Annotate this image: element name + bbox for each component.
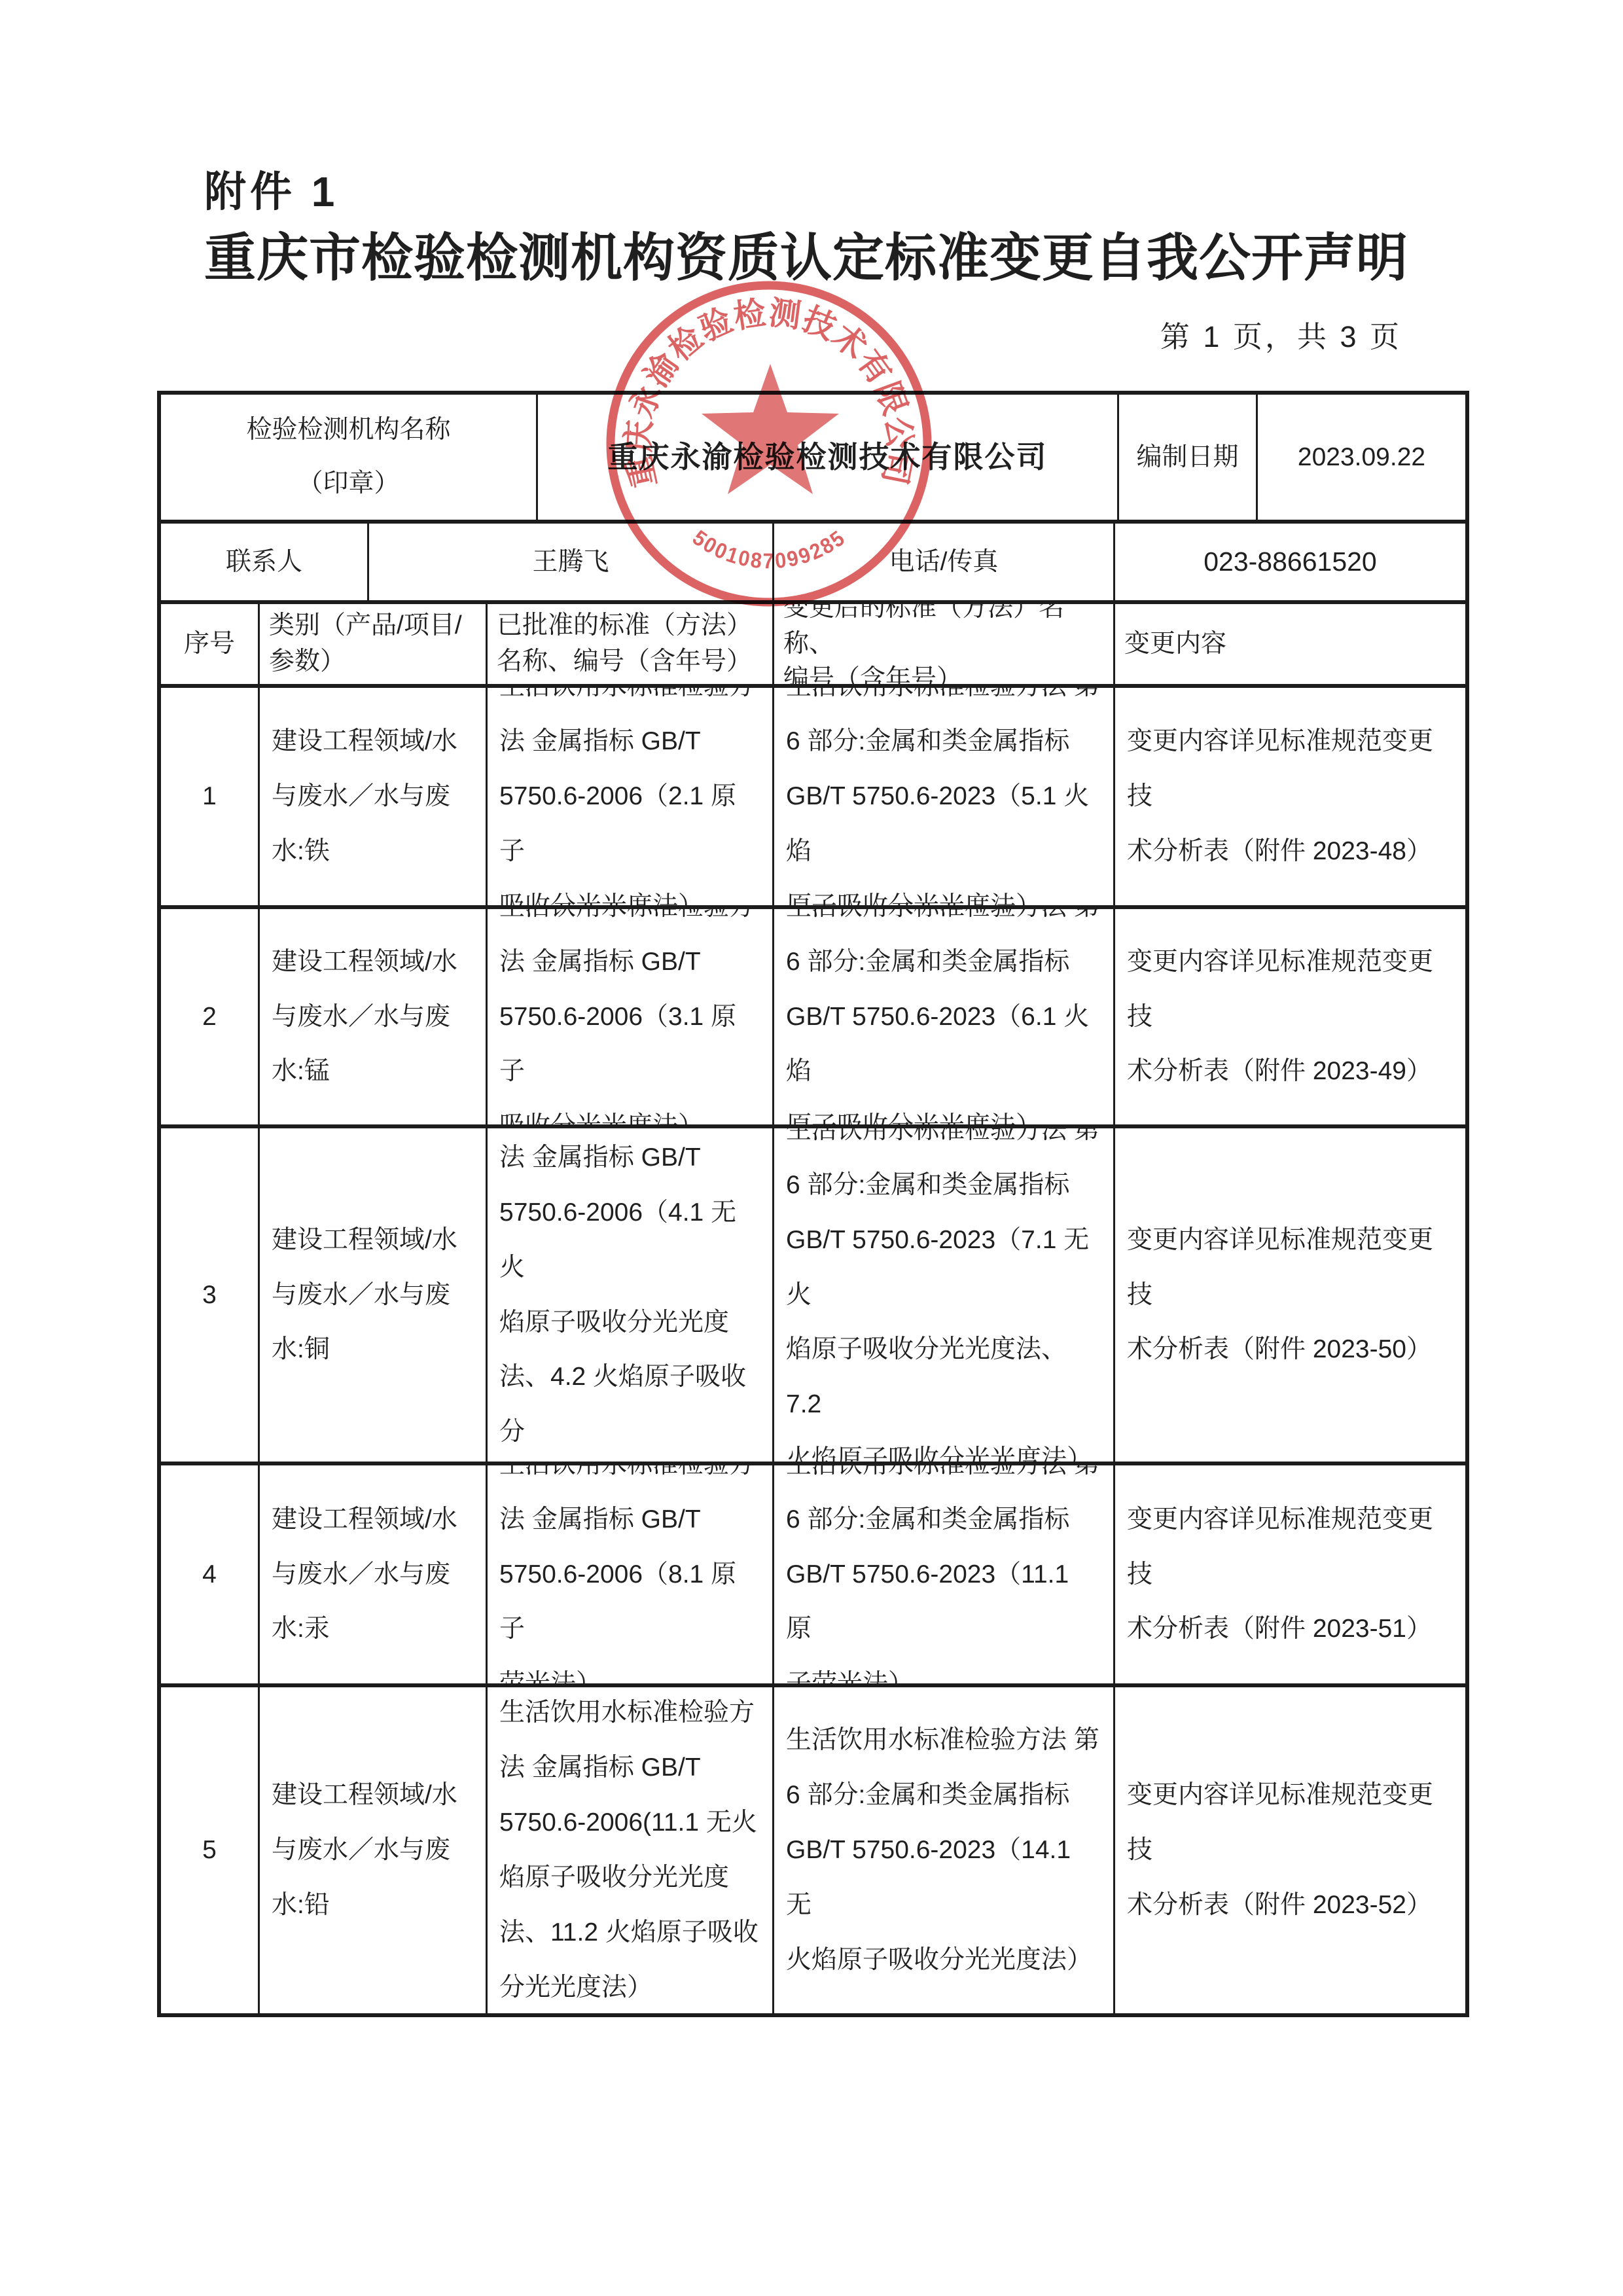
table-row: 2 建设工程领域/水 与废水／水与废 水:锰 生活饮用水标准检验方 法 金属指标… <box>161 909 1465 1128</box>
date-value: 2023.09.22 <box>1258 395 1465 520</box>
table-row: 4 建设工程领域/水 与废水／水与废 水:汞 生活饮用水标准检验方 法 金属指标… <box>161 1465 1465 1687</box>
org-name-value: 重庆永渝检验检测技术有限公司 <box>538 395 1119 520</box>
row-changed-standard: 生活饮用水标准检验方法 第 6 部分:金属和类金属指标 GB/T 5750.6-… <box>774 688 1115 905</box>
row-approved-standard: 生活饮用水标准检验方 法 金属指标 GB/T 5750.6-2006(11.1 … <box>488 1687 774 2013</box>
contact-value: 王腾飞 <box>369 524 774 600</box>
table-row: 1 建设工程领域/水 与废水／水与废 水:铁 生活饮用水标准检验方 法 金属指标… <box>161 688 1465 909</box>
phone-value: 023-88661520 <box>1115 524 1465 600</box>
header-no: 序号 <box>161 604 260 684</box>
attachment-label: 附件 1 <box>204 158 338 219</box>
row-change-content: 变更内容详见标准规范变更技 术分析表（附件 2023-49） <box>1115 909 1465 1124</box>
row-no: 1 <box>161 688 260 905</box>
date-label: 编制日期 <box>1119 395 1258 520</box>
row-change-content: 变更内容详见标准规范变更技 术分析表（附件 2023-50） <box>1115 1128 1465 1462</box>
row-approved-standard: 生活饮用水标准检验方 法 金属指标 GB/T 5750.6-2006（2.1 原… <box>488 688 774 905</box>
row-category: 建设工程领域/水 与废水／水与废 水:铁 <box>260 688 488 905</box>
table-header-row: 序号 类别（产品/项目/ 参数） 已批准的标准（方法） 名称、编号（含年号） 变… <box>161 604 1465 688</box>
row-no: 5 <box>161 1687 260 2013</box>
header-changed-standard: 变更后的标准（方法）名称、 编号（含年号） <box>774 604 1115 684</box>
contact-label: 联系人 <box>161 524 369 600</box>
row-approved-standard: 生活饮用水标准检验方 法 金属指标 GB/T 5750.6-2006（8.1 原… <box>488 1465 774 1683</box>
row-change-content: 变更内容详见标准规范变更技 术分析表（附件 2023-51） <box>1115 1465 1465 1683</box>
declaration-table: 检验检测机构名称 （印章） 重庆永渝检验检测技术有限公司 编制日期 2023.0… <box>157 391 1469 2017</box>
row-no: 3 <box>161 1128 260 1462</box>
row-category: 建设工程领域/水 与废水／水与废 水:铜 <box>260 1128 488 1462</box>
row-category: 建设工程领域/水 与废水／水与废 水:铅 <box>260 1687 488 2013</box>
header-change-content: 变更内容 <box>1115 604 1465 684</box>
row-no: 2 <box>161 909 260 1124</box>
row-changed-standard: 生活饮用水标准检验方法 第 6 部分:金属和类金属指标 GB/T 5750.6-… <box>774 1687 1115 2013</box>
row-change-content: 变更内容详见标准规范变更技 术分析表（附件 2023-52） <box>1115 1687 1465 2013</box>
row-changed-standard: 生活饮用水标准检验方法 第 6 部分:金属和类金属指标 GB/T 5750.6-… <box>774 909 1115 1124</box>
org-seal-label: （印章） <box>297 467 399 501</box>
row-category: 建设工程领域/水 与废水／水与废 水:汞 <box>260 1465 488 1683</box>
phone-label: 电话/传真 <box>774 524 1115 600</box>
org-name-label: 检验检测机构名称 <box>246 414 450 447</box>
header-approved-standard: 已批准的标准（方法） 名称、编号（含年号） <box>488 604 774 684</box>
document-page: 附件 1 重庆市检验检测机构资质认定标准变更自我公开声明 第 1 页，共 3 页… <box>0 0 1623 2296</box>
table-row: 3 建设工程领域/水 与废水／水与废 水:铜 生活饮用水标准检验方 法 金属指标… <box>161 1128 1465 1465</box>
header-category: 类别（产品/项目/ 参数） <box>260 604 488 684</box>
page-indicator: 第 1 页，共 3 页 <box>1160 313 1402 355</box>
contact-info-row: 联系人 王腾飞 电话/传真 023-88661520 <box>161 524 1465 604</box>
row-approved-standard: 生活饮用水标准检验方 法 金属指标 GB/T 5750.6-2006（4.1 无… <box>488 1128 774 1462</box>
row-approved-standard: 生活饮用水标准检验方 法 金属指标 GB/T 5750.6-2006（3.1 原… <box>488 909 774 1124</box>
row-category: 建设工程领域/水 与废水／水与废 水:锰 <box>260 909 488 1124</box>
row-no: 4 <box>161 1465 260 1683</box>
row-changed-standard: 生活饮用水标准检验方法 第 6 部分:金属和类金属指标 GB/T 5750.6-… <box>774 1128 1115 1462</box>
row-change-content: 变更内容详见标准规范变更技 术分析表（附件 2023-48） <box>1115 688 1465 905</box>
row-changed-standard: 生活饮用水标准检验方法 第 6 部分:金属和类金属指标 GB/T 5750.6-… <box>774 1465 1115 1683</box>
table-row: 5 建设工程领域/水 与废水／水与废 水:铅 生活饮用水标准检验方 法 金属指标… <box>161 1687 1465 2013</box>
org-name-label-cell: 检验检测机构名称 （印章） <box>161 395 538 520</box>
org-info-row: 检验检测机构名称 （印章） 重庆永渝检验检测技术有限公司 编制日期 2023.0… <box>161 395 1465 524</box>
page-title: 重庆市检验检测机构资质认定标准变更自我公开声明 <box>204 216 1421 291</box>
